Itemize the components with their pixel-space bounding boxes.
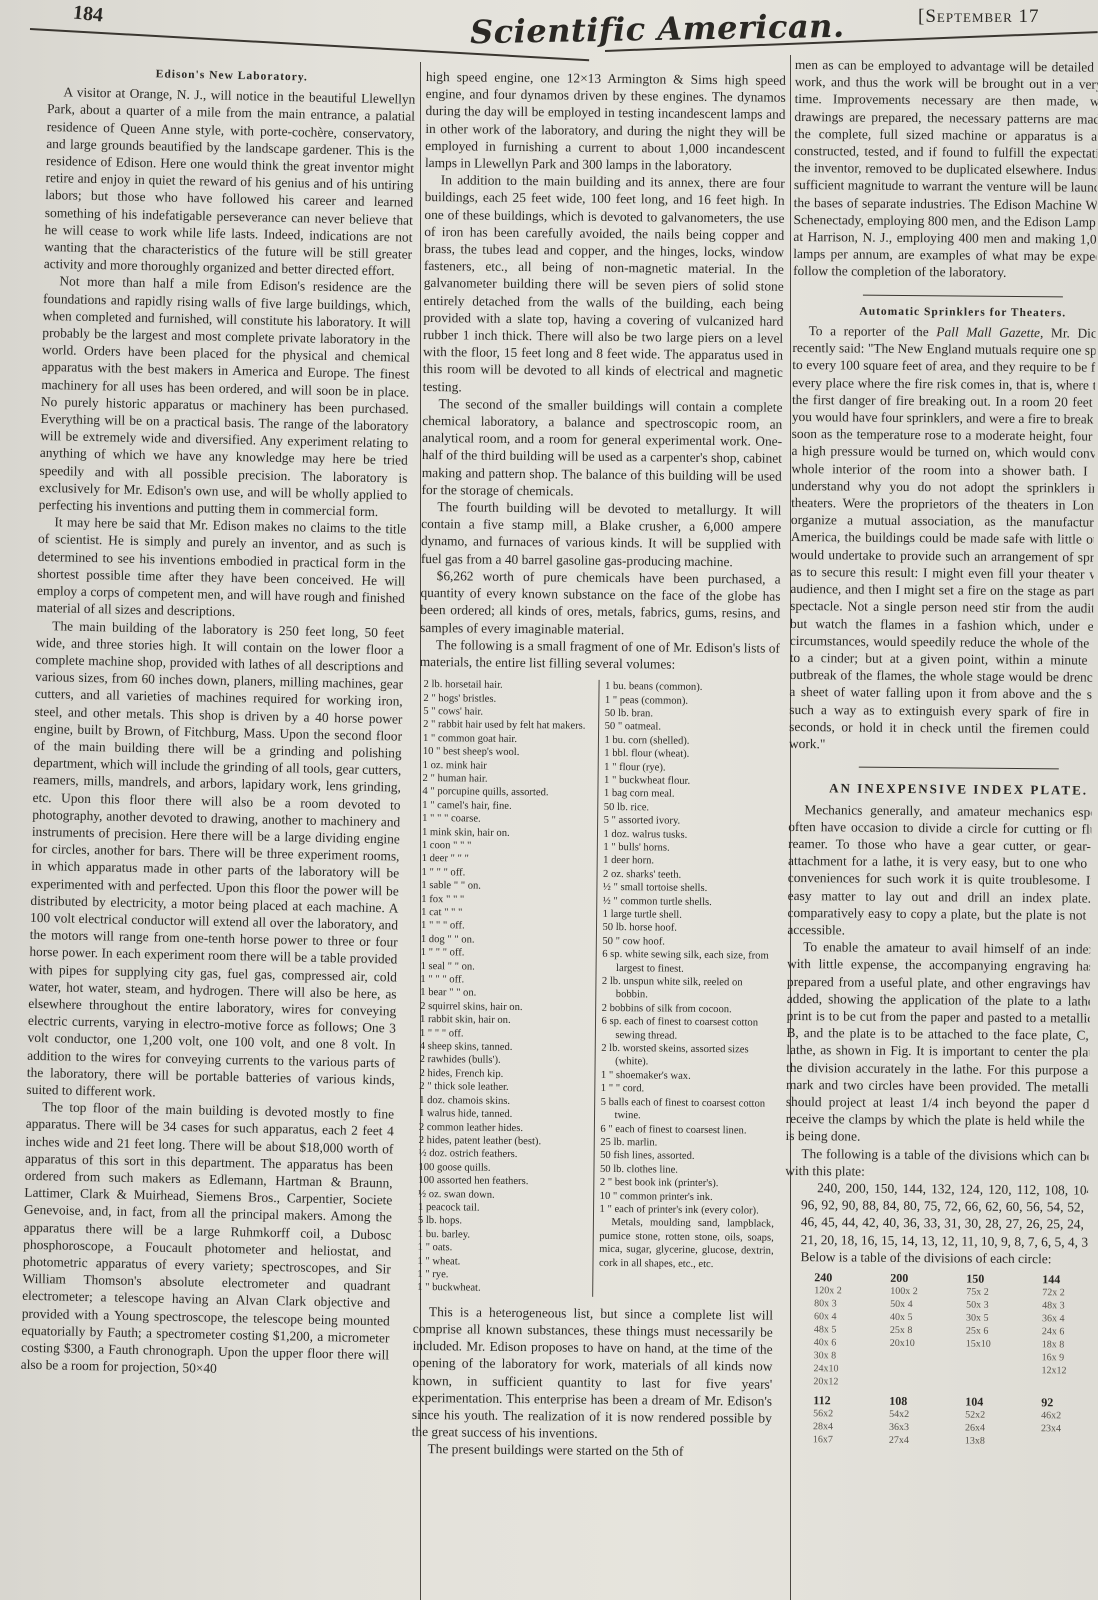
- division-table-column: 200100x 250x 440x 525x 820x10: [889, 1272, 960, 1390]
- division-table-cell: 20x10: [890, 1337, 960, 1351]
- publication-name: Pall Mall Gazette: [936, 324, 1040, 340]
- paragraph: high speed engine, one 12×13 Armington &…: [425, 68, 786, 175]
- section-ornament: [793, 284, 1098, 304]
- division-table-head: 144: [1042, 1273, 1098, 1287]
- list-item: 1 " " " off.: [421, 946, 596, 961]
- column-1: Edison's New Laboratory. A visitor at Or…: [21, 64, 416, 1381]
- division-table-cell: 75x 2: [966, 1286, 1036, 1300]
- division-table-column: 9246x223x4: [1041, 1396, 1098, 1449]
- page-number: 184: [72, 1, 104, 27]
- list-item: 10 " best sheep's wool.: [423, 745, 598, 760]
- division-table-cell: 56x2: [813, 1407, 883, 1421]
- paragraph: To a reporter of the Pall Mall Gazette, …: [789, 322, 1098, 755]
- list-item: 1 bu. beans (common).: [605, 680, 780, 695]
- division-table-head: 112: [813, 1394, 883, 1408]
- division-table-cell: 40x 5: [890, 1311, 960, 1325]
- paragraph: Mechanics generally, and amateur mechani…: [787, 801, 1098, 942]
- division-table-cell: 40x 6: [814, 1336, 884, 1350]
- division-table-cell: 26x4: [965, 1422, 1035, 1436]
- list-item: 5 balls each of finest to coarsest cotto…: [600, 1096, 775, 1125]
- list-item: 1 " oats.: [418, 1241, 593, 1256]
- list-item: 1 " " cord.: [601, 1082, 776, 1097]
- division-table-head: 200: [890, 1272, 960, 1286]
- column-3: men as can be employed to advantage will…: [783, 56, 1098, 1455]
- section-ornament: [789, 756, 1098, 776]
- division-table-cell: 18x 8: [1042, 1338, 1098, 1352]
- division-table-cell: 50x 3: [966, 1299, 1036, 1313]
- division-table-cell: 16x7: [813, 1433, 883, 1447]
- division-table-cell: 24x 6: [1042, 1325, 1098, 1339]
- division-table-head: 104: [965, 1396, 1035, 1410]
- division-table-cell: 25x 6: [966, 1325, 1036, 1339]
- materials-note: Metals, moulding sand, lampblack, pumice…: [599, 1216, 774, 1271]
- paragraph: In addition to the main building and its…: [423, 171, 785, 398]
- paragraph: $6,262 worth of pure chemicals have been…: [420, 567, 781, 640]
- materials-list-left: 2 lb. horsetail hair.2 " hogs' bristles.…: [413, 678, 598, 1297]
- list-item: 2 " best book ink (printer's).: [600, 1176, 775, 1191]
- division-table-cell: 13x8: [965, 1435, 1035, 1449]
- paragraph: The second of the smaller buildings will…: [421, 395, 782, 502]
- column-2: high speed engine, one 12×13 Armington &…: [411, 68, 786, 1461]
- list-item: 2 lb. unspun white silk, reeled on bobbi…: [602, 975, 777, 1004]
- division-table-cell: 80x 3: [814, 1297, 884, 1311]
- division-table-column: 10854x236x327x4: [889, 1395, 959, 1448]
- division-table: 240120x 280x 360x 448x 540x 630x 824x102…: [813, 1271, 1098, 1454]
- list-item: ½ " small tortoise shells.: [603, 881, 778, 896]
- paragraph: Not more than half a mile from Edison's …: [39, 272, 412, 520]
- paragraph: It may here be said that Mr. Edison make…: [36, 513, 406, 624]
- division-table-cell: 20x12: [813, 1375, 883, 1389]
- list-item: 1 bbl. flour (wheat).: [604, 747, 779, 762]
- paragraph: The following is a small fragment of one…: [420, 636, 780, 674]
- paragraph: Below is a table of the divisions of eac…: [784, 1248, 1098, 1268]
- list-item: 1 walrus hide, tanned.: [419, 1107, 594, 1122]
- materials-list-right: 1 bu. beans (common).1 " peas (common).5…: [592, 680, 780, 1299]
- division-table-head: 150: [966, 1273, 1036, 1287]
- list-item: 1 " " " coarse.: [422, 812, 597, 827]
- materials-list: 2 lb. horsetail hair.2 " hogs' bristles.…: [413, 678, 779, 1298]
- masthead: 184 Scientific American. [September 17: [0, 0, 1098, 62]
- division-table-cell: 27x4: [889, 1434, 959, 1448]
- division-table-cell: 46x2: [1041, 1409, 1098, 1423]
- article-headline: AN INEXPENSIVE INDEX PLATE.: [789, 779, 1098, 799]
- paragraph: The fourth building will be devoted to m…: [421, 498, 782, 571]
- list-item: 6 sp. white sewing silk, each size, from…: [602, 948, 777, 977]
- paragraph: The following is a table of the division…: [785, 1145, 1098, 1182]
- issue-date: [September 17: [918, 6, 1040, 28]
- list-item: 2 " thick sole leather.: [419, 1080, 594, 1095]
- division-table-cell: 23x4: [1041, 1422, 1098, 1436]
- division-table-cell: 15x10: [966, 1338, 1036, 1352]
- division-table-cell: 100x 2: [890, 1285, 960, 1299]
- division-table-cell: 52x2: [965, 1409, 1035, 1423]
- list-item: 2 lb. worsted skeins, assorted sizes (wh…: [601, 1042, 776, 1071]
- division-table-cell: 24x10: [813, 1362, 883, 1376]
- division-table-head: 92: [1041, 1396, 1098, 1410]
- division-table-cell: 36x3: [889, 1421, 959, 1435]
- division-table-cell: 16x 9: [1042, 1351, 1098, 1365]
- division-table-cell: 30x 8: [814, 1349, 884, 1363]
- list-item: 1 " buckwheat.: [417, 1281, 592, 1296]
- division-table-cell: 54x2: [889, 1408, 959, 1422]
- division-table-cell: 28x4: [813, 1420, 883, 1434]
- division-table-column: 15075x 250x 330x 525x 615x10: [965, 1273, 1036, 1391]
- division-table-cell: 48x 3: [1042, 1299, 1098, 1313]
- list-item: 5 " assorted ivory.: [604, 814, 779, 829]
- division-table-cell: 25x 8: [890, 1324, 960, 1338]
- article-headline: Automatic Sprinklers for Theaters.: [793, 303, 1098, 323]
- division-table-cell: 60x 4: [814, 1310, 884, 1324]
- list-item: 100 assorted hen feathers.: [418, 1174, 593, 1189]
- list-item: 1 sable " " on.: [421, 879, 596, 894]
- paragraph: men as can be employed to advantage will…: [793, 56, 1098, 283]
- division-table-column: 10452x226x413x8: [965, 1396, 1035, 1449]
- division-numbers: 240, 200, 150, 144, 132, 124, 120, 112, …: [785, 1179, 1098, 1251]
- division-table-column: 240120x 280x 360x 448x 540x 630x 824x102…: [813, 1271, 884, 1389]
- division-table-column: 14472x 248x 336x 424x 618x 816x 912x12: [1041, 1273, 1098, 1391]
- list-item: 1 rabbit skin, hair on.: [420, 1013, 595, 1028]
- list-item: 6 sp. each of finest to coarsest cotton …: [601, 1015, 776, 1044]
- division-table-head: 240: [814, 1271, 884, 1285]
- newspaper-page: 184 Scientific American. [September 17 E…: [0, 0, 1098, 1600]
- paragraph: To enable the amateur to avail himself o…: [786, 938, 1098, 1147]
- division-table-head: 108: [889, 1395, 959, 1409]
- division-table-cell: 30x 5: [966, 1312, 1036, 1326]
- division-table-cell: 12x12: [1041, 1364, 1098, 1378]
- paragraph: This is a heterogeneous list, but since …: [412, 1303, 773, 1444]
- division-table-cell: 50x 4: [890, 1298, 960, 1312]
- paragraph: A visitor at Orange, N. J., will notice …: [44, 83, 416, 280]
- paragraph: The top floor of the main building is de…: [21, 1098, 395, 1381]
- paragraph: The present buildings were started on th…: [411, 1440, 771, 1461]
- division-table-cell: 120x 2: [814, 1284, 884, 1298]
- division-table-cell: 48x 5: [814, 1323, 884, 1337]
- division-table-column: 11256x228x416x7: [813, 1394, 883, 1447]
- list-item: 2 lb. horsetail hair.: [423, 678, 598, 693]
- division-table-cell: 36x 4: [1042, 1312, 1098, 1326]
- paragraph: The main building of the laboratory is 2…: [26, 616, 404, 1105]
- division-table-cell: 72x 2: [1042, 1286, 1098, 1300]
